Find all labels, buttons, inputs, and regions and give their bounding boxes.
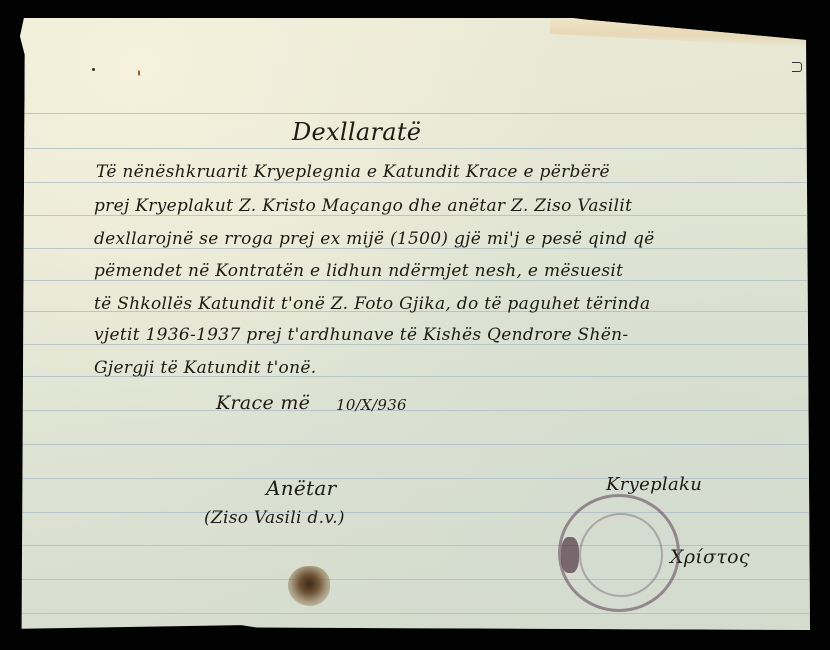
body-line-4: pëmendet në Kontratën e lidhun ndërmjet … — [94, 261, 623, 281]
date-value: 10/X/936 — [336, 396, 407, 414]
signature-left-name: (Ziso Vasili d.v.) — [204, 508, 345, 528]
signature-right-name: Χρίστος — [670, 546, 750, 568]
ruled-line — [20, 512, 810, 513]
ruled-line — [20, 444, 810, 445]
body-line-6: vjetit 1936-1937 prej t'ardhunave të Kis… — [94, 325, 628, 345]
ruled-line — [20, 113, 810, 114]
paper-sheet: Dexllaratë Të nënëshkruarit Kryeplegnia … — [20, 18, 810, 630]
body-line-3: dexllarojnë se rroga prej ex mijë (1500)… — [94, 229, 655, 249]
ruled-line — [20, 579, 810, 580]
place-label: Krace më — [216, 392, 310, 414]
signature-right-role: Kryeplaku — [606, 474, 702, 495]
scanned-document: Dexllaratë Të nënëshkruarit Kryeplegnia … — [0, 0, 830, 650]
body-line-2: prej Kryeplakut Z. Kristo Maçango dhe an… — [94, 196, 632, 216]
stamp-ink-blot — [561, 537, 579, 573]
corner-mark-icon — [792, 62, 802, 72]
ruled-line — [20, 148, 810, 149]
ruled-line — [20, 182, 810, 183]
signature-left-role: Anëtar — [266, 476, 336, 500]
ruled-line — [20, 410, 810, 411]
document-title: Dexllaratë — [292, 118, 421, 146]
body-line-1: Të nënëshkruarit Kryeplegnia e Katundit … — [96, 162, 610, 182]
body-line-5: të Shkollës Katundit t'onë Z. Foto Gjika… — [94, 294, 650, 314]
paper-torn-edge — [550, 18, 810, 48]
stamp-inner-ring — [579, 513, 663, 597]
body-line-7: Gjergji të Katundit t'onë. — [94, 358, 316, 378]
ink-stain — [288, 566, 330, 606]
paper-speck — [138, 70, 140, 76]
ruled-line — [20, 613, 810, 614]
paper-speck — [92, 68, 95, 71]
official-stamp — [558, 494, 680, 612]
